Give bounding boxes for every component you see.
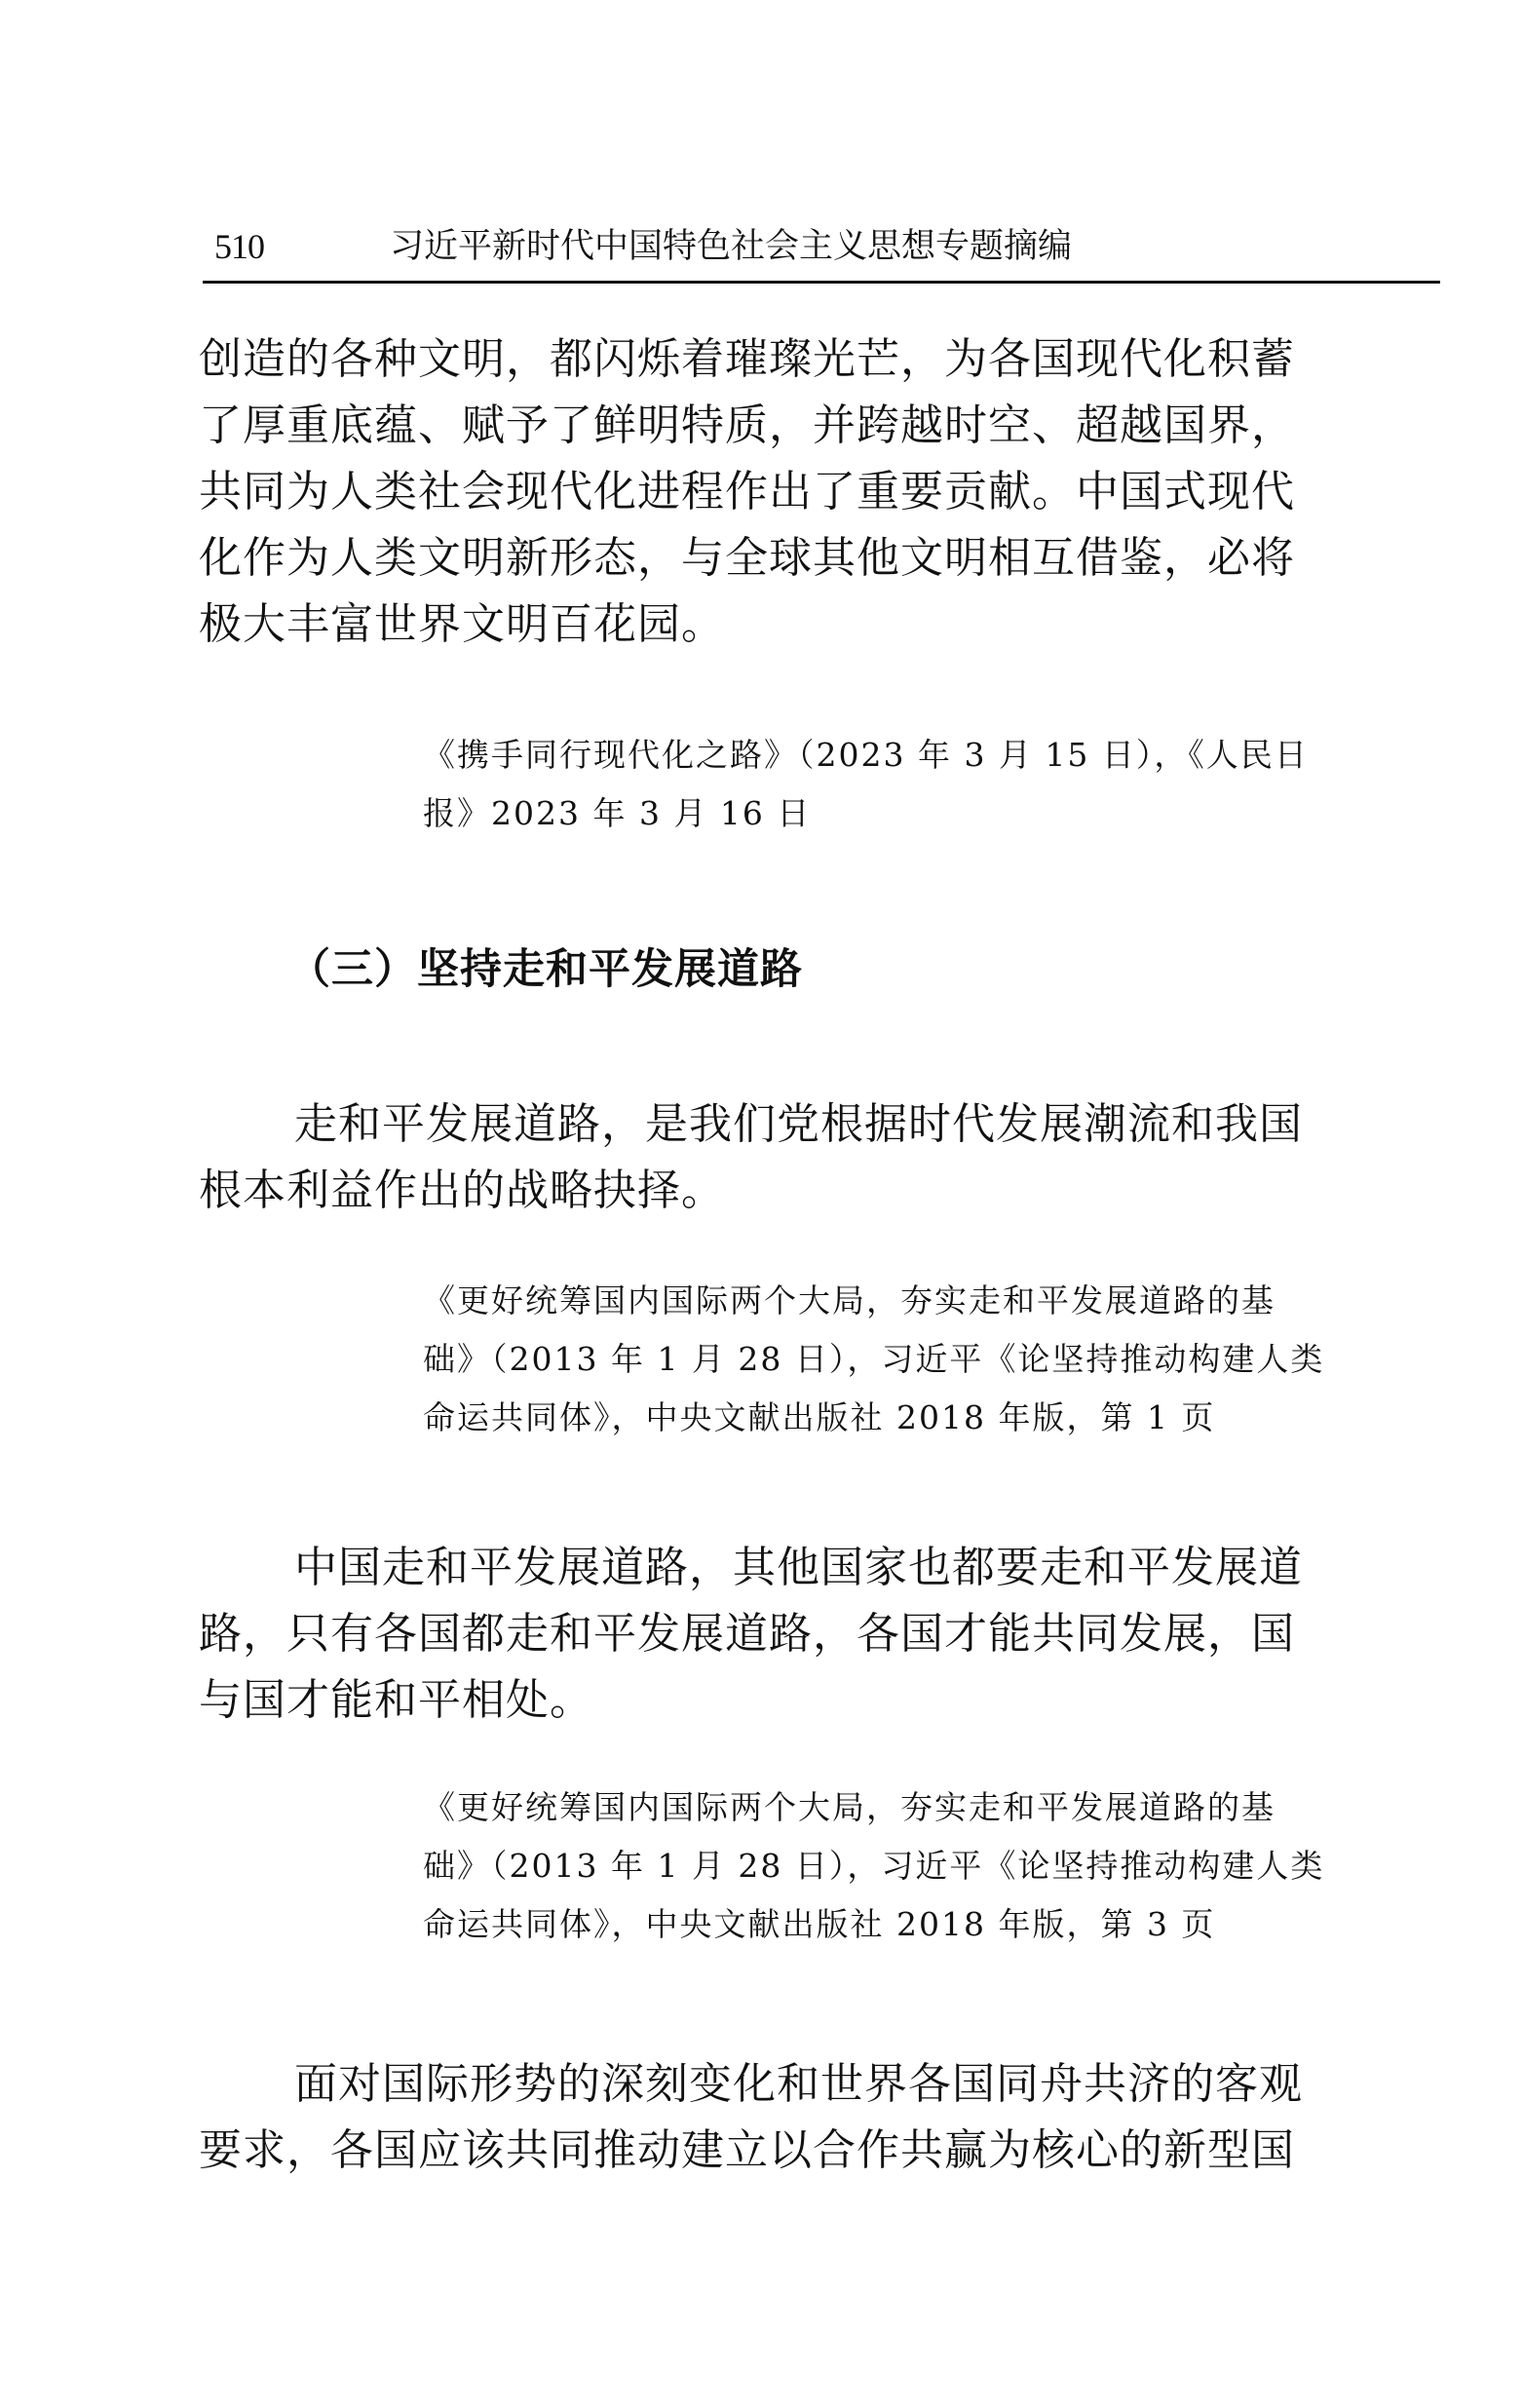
running-title: 习近平新时代中国特色社会主义思想专题摘编 (390, 222, 1072, 271)
text-line: 与国才能和平相处。 (199, 1667, 1446, 1734)
page-number: 510 (214, 222, 264, 271)
citation-line: 命运共同体》，中央文献出版社 2018 年版，第 1 页 (423, 1389, 1446, 1447)
citation-line: 命运共同体》，中央文献出版社 2018 年版，第 3 页 (423, 1895, 1446, 1954)
text-line: 共同为人类社会现代化进程作出了重要贡献。中国式现代 (199, 459, 1446, 525)
text-line: 极大丰富世界文明百花园。 (199, 592, 1446, 658)
citation-line: 础》（2013 年 1 月 28 日），习近平《论坚持推动构建人类 (423, 1837, 1446, 1895)
text-line: 面对国际形势的深刻变化和世界各国同舟共济的客观 (199, 2051, 1446, 2118)
citation-line: 《更好统筹国内国际两个大局，夯实走和平发展道路的基 (423, 1778, 1446, 1837)
citation-line: 础》（2013 年 1 月 28 日），习近平《论坚持推动构建人类 (423, 1330, 1446, 1389)
section-heading: （三）坚持走和平发展道路 (288, 940, 803, 999)
text-line: 创造的各种文明，都闪烁着璀璨光芒，为各国现代化积蓄 (199, 326, 1446, 393)
body-paragraph-3: 中国走和平发展道路，其他国家也都要走和平发展道 路，只有各国都走和平发展道路，各… (199, 1535, 1446, 1734)
citation-line: 《携手同行现代化之路》（2023 年 3 月 15 日），《人民日 (423, 726, 1446, 784)
text-line: 中国走和平发展道路，其他国家也都要走和平发展道 (199, 1535, 1446, 1601)
text-line: 路，只有各国都走和平发展道路，各国才能共同发展，国 (199, 1601, 1446, 1667)
text-line: 要求，各国应该共同推动建立以合作共赢为核心的新型国 (199, 2118, 1446, 2184)
citation-2: 《更好统筹国内国际两个大局，夯实走和平发展道路的基 础》（2013 年 1 月 … (423, 1272, 1446, 1447)
text-line: 化作为人类文明新形态，与全球其他文明相互借鉴，必将 (199, 525, 1446, 592)
citation-line: 《更好统筹国内国际两个大局，夯实走和平发展道路的基 (423, 1272, 1446, 1330)
citation-line: 报》2023 年 3 月 16 日 (423, 784, 1446, 843)
body-paragraph-4: 面对国际形势的深刻变化和世界各国同舟共济的客观 要求，各国应该共同推动建立以合作… (199, 2051, 1446, 2184)
text-line: 走和平发展道路，是我们党根据时代发展潮流和我国 (199, 1091, 1446, 1158)
text-line: 了厚重底蕴、赋予了鲜明特质，并跨越时空、超越国界， (199, 393, 1446, 459)
body-paragraph-2: 走和平发展道路，是我们党根据时代发展潮流和我国 根本利益作出的战略抉择。 (199, 1091, 1446, 1224)
citation-1: 《携手同行现代化之路》（2023 年 3 月 15 日），《人民日 报》2023… (423, 726, 1446, 843)
header-bar: 510 习近平新时代中国特色社会主义思想专题摘编 (195, 222, 1442, 271)
body-paragraph-1: 创造的各种文明，都闪烁着璀璨光芒，为各国现代化积蓄 了厚重底蕴、赋予了鲜明特质，… (199, 326, 1446, 658)
citation-3: 《更好统筹国内国际两个大局，夯实走和平发展道路的基 础》（2013 年 1 月 … (423, 1778, 1446, 1954)
header-divider (203, 281, 1440, 284)
text-line: 根本利益作出的战略抉择。 (199, 1158, 1446, 1224)
